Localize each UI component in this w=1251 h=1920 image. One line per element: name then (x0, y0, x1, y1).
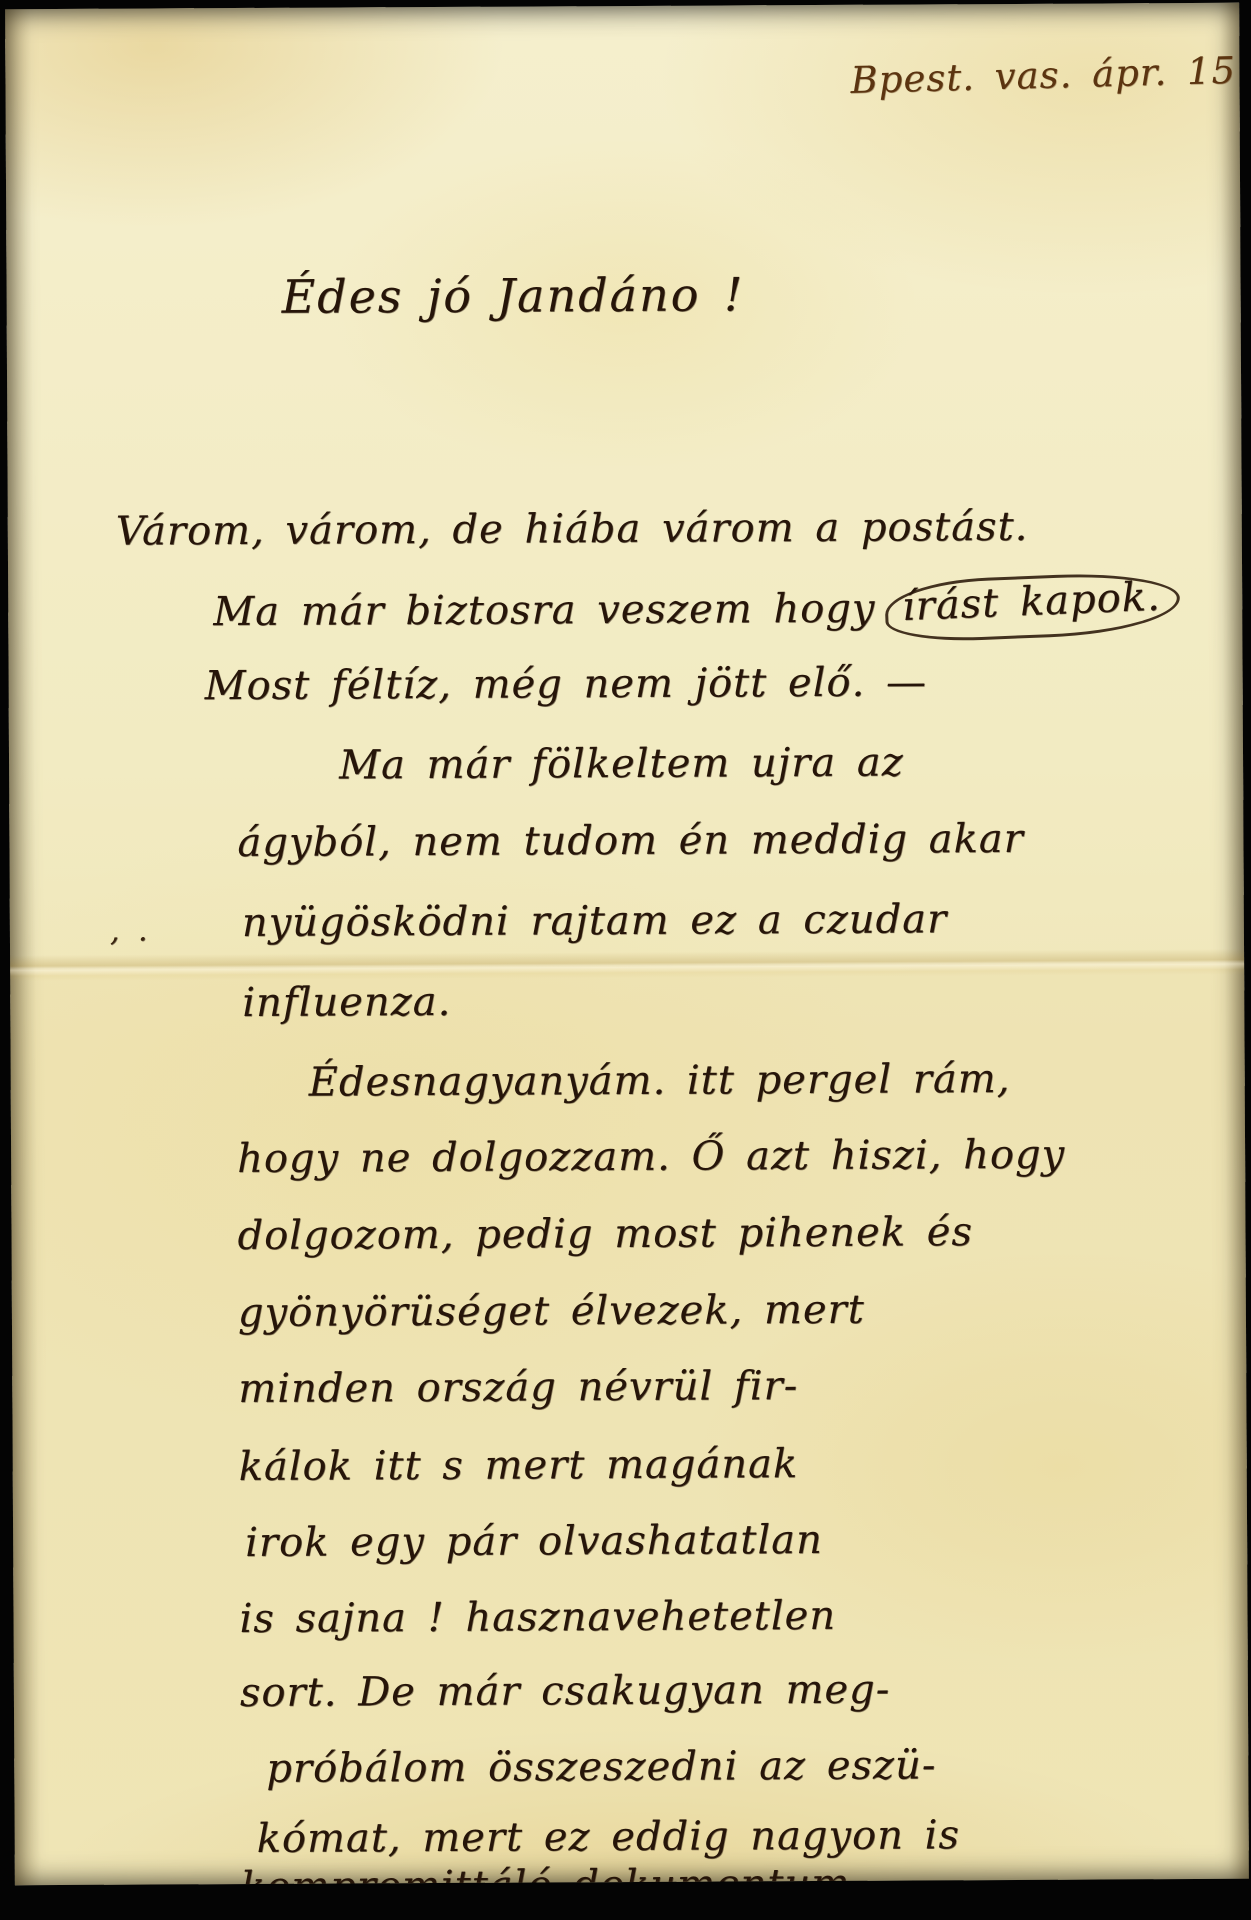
letter-line: nyügösködni rajtam ez a czudar (242, 896, 948, 946)
letter-line: Ma már biztosra veszem hogyírást kapok. (213, 581, 1180, 648)
circled-annotation: írást kapok. (884, 570, 1181, 644)
margin-mark: , . (110, 914, 149, 949)
letter-line: gyönyörüséget élvezek, mert (238, 1287, 865, 1336)
letter-line: Most féltíz, még nem jött elő. — (205, 659, 928, 709)
paper-edge-shade-left (5, 9, 41, 1885)
letter-line: Várom, várom, de hiába várom a postást. (116, 504, 1029, 555)
letter-line: Ma már fölkeltem ujra az (339, 740, 904, 789)
letter-line-text: Ma már biztosra veszem hogy (213, 586, 875, 635)
letter-line: dolgozom, pedig most pihenek és (237, 1209, 973, 1259)
letter-line: kómat, mert ez eddig nagyon is (257, 1812, 960, 1862)
letter-line: kompromittáló dokumentum. (241, 1861, 864, 1885)
letter-line: minden ország névrül fir- (238, 1363, 798, 1412)
letter-line: hogy ne dolgozzam. Ő azt hiszi, hogy (237, 1132, 1065, 1182)
scanned-letter-page: { "document": { "kind": "handwritten let… (0, 0, 1251, 1920)
salutation: Édes jó Jandáno ! (281, 267, 744, 323)
letter-line: próbálom összeszedni az eszü- (266, 1742, 936, 1792)
letter-line: ágyból, nem tudom én meddig akar (237, 816, 1024, 866)
letter-line: kálok itt s mert magának (239, 1441, 799, 1490)
letter-line: sort. De már csakugyan meg- (240, 1667, 891, 1716)
letter-line: Édesnagyanyám. itt pergel rám, (309, 1056, 1011, 1106)
letter-paper: Bpest. vas. ápr. 15. Édes jó Jandáno ! V… (5, 3, 1249, 1885)
letter-line: influenza. (242, 979, 451, 1026)
letter-line: is sajna ! hasznavehetetlen (239, 1593, 836, 1642)
letter-line: irok egy pár olvashatatlan (245, 1517, 823, 1566)
dateline: Bpest. vas. ápr. 15. (850, 49, 1249, 102)
